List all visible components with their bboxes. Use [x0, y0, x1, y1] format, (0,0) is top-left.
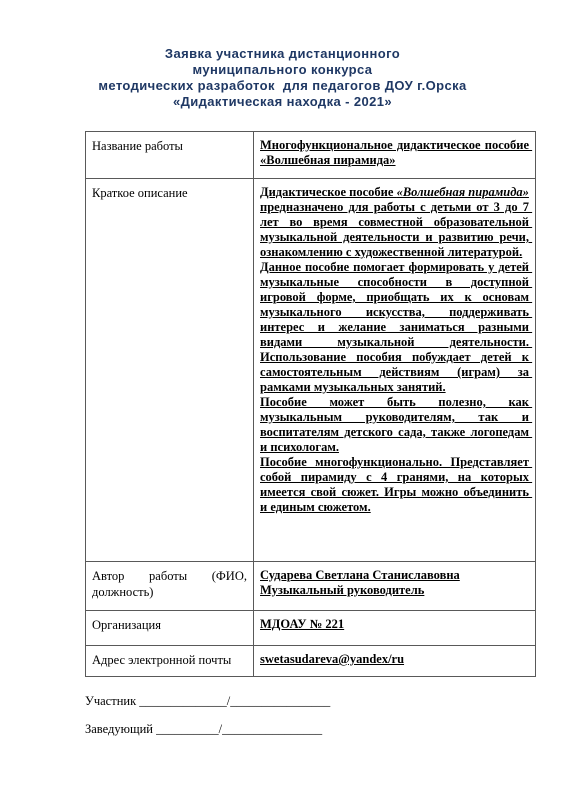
- row-label-email: Адрес электронной почты: [86, 646, 254, 677]
- head-signature-line: Заведующий __________/________________: [85, 722, 565, 737]
- title-line-4: «Дидактическая находка - 2021»: [0, 94, 565, 110]
- row-label-description: Краткое описание: [86, 179, 254, 562]
- description-paragraph-5: Пособие многофункционально. Представляет…: [260, 455, 529, 515]
- table-row-description: Краткое описание Дидактическое пособие «…: [86, 179, 536, 562]
- work-title-text: Многофункциональное дидактическое пособи…: [260, 138, 529, 168]
- description-paragraph-3: Данное пособие помогает формировать у де…: [260, 260, 529, 395]
- participant-signature-line: Участник ______________/________________: [85, 694, 565, 709]
- row-value-description: Дидактическое пособие «Волшебная пирамид…: [254, 179, 536, 562]
- row-value-author: Сударева Светлана Станиславовна Музыкаль…: [254, 562, 536, 611]
- row-label-organization: Организация: [86, 611, 254, 646]
- author-position-text: Музыкальный руководитель: [260, 583, 529, 598]
- description-p1-title-italic: «Волшебная пирамида»: [397, 185, 529, 199]
- row-value-organization: МДОАУ № 221: [254, 611, 536, 646]
- row-label-author: Автор работы (ФИО, должность): [86, 562, 254, 611]
- row-value-email: swetasudareva@yandex/ru: [254, 646, 536, 677]
- title-line-2: муниципального конкурса: [0, 62, 565, 78]
- application-table: Название работы Многофункциональное дида…: [85, 131, 536, 677]
- description-paragraph-4: Пособие может быть полезно, как музыкаль…: [260, 395, 529, 455]
- description-paragraph-1: Дидактическое пособие «Волшебная пирамид…: [260, 185, 529, 200]
- description-paragraph-2: предназначено для работы с детьми от 3 д…: [260, 200, 529, 260]
- row-label-work-title: Название работы: [86, 132, 254, 179]
- table-row-email: Адрес электронной почты swetasudareva@ya…: [86, 646, 536, 677]
- email-text: swetasudareva@yandex/ru: [260, 652, 529, 667]
- document-title: Заявка участника дистанционного муниципа…: [0, 46, 565, 110]
- title-line-3: методических разработок для педагогов ДО…: [0, 78, 565, 94]
- row-value-work-title: Многофункциональное дидактическое пособи…: [254, 132, 536, 179]
- table-row-organization: Организация МДОАУ № 221: [86, 611, 536, 646]
- title-line-1: Заявка участника дистанционного: [0, 46, 565, 62]
- application-form-page: Заявка участника дистанционного муниципа…: [0, 0, 565, 800]
- description-p1-lead: Дидактическое пособие: [260, 185, 397, 199]
- author-name-text: Сударева Светлана Станиславовна: [260, 568, 529, 583]
- table-row-work-title: Название работы Многофункциональное дида…: [86, 132, 536, 179]
- organization-text: МДОАУ № 221: [260, 617, 529, 632]
- table-row-author: Автор работы (ФИО, должность) Сударева С…: [86, 562, 536, 611]
